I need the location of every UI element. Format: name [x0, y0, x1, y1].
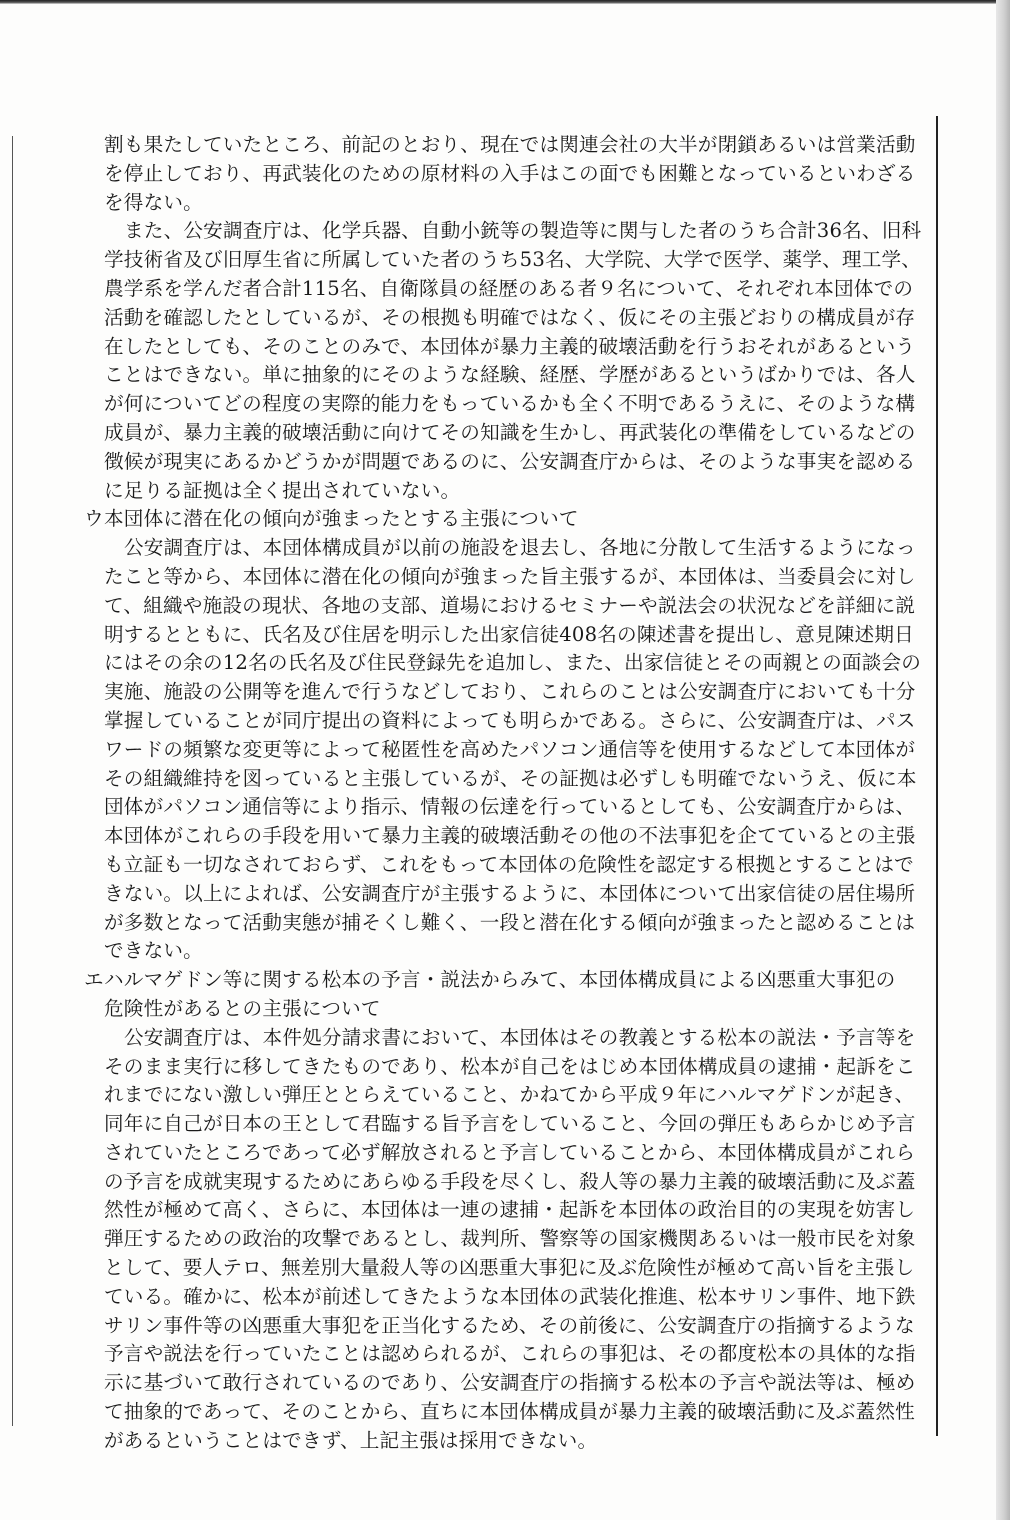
heading-text: ハルマゲドン等に関する松本の予言・説法からみて、本団体構成員による凶悪重大事犯の — [104, 968, 895, 991]
text-line: ことはできない。単に抽象的にそのような経験、経歴、学歴があるというばかりでは、各… — [104, 361, 932, 390]
text-line: 掌握していることが同庁提出の資料によっても明らかである。さらに、公安調査庁は、パ… — [104, 707, 932, 736]
text-line: て抽象的であって、そのことから、直ちに本団体構成員が暴力主義的破壊活動に及ぶ蓋然… — [104, 1398, 932, 1427]
paragraph-members-expertise: また、公安調査庁は、化学兵器、自動小銃等の製造等に関与した者のうち合計36名、旧… — [104, 217, 932, 505]
text-line: たこと等から、本団体に潜在化の傾向が強まった旨主張するが、本団体は、当委員会に対… — [104, 563, 932, 592]
left-margin-rule — [12, 136, 13, 1426]
text-line: できない。 — [104, 937, 932, 966]
heading-text: 本団体に潜在化の傾向が強まったとする主張について — [104, 507, 579, 530]
text-line: れまでにない激しい弾圧ととらえていること、かねてから平成９年にハルマゲドンが起き… — [104, 1081, 932, 1110]
text-line: サリン事件等の凶悪重大事犯を正当化するため、その前後に、公安調査庁の指摘するよう… — [104, 1312, 932, 1341]
text-line: 農学系を学んだ者合計115名、自衛隊員の経歴のある者９名について、それぞれ本団体… — [104, 275, 932, 304]
text-line: 公安調査庁は、本件処分請求書において、本団体はその教義とする松本の説法・予言等を — [104, 1024, 932, 1053]
text-line: 実施、施設の公開等を進んで行うなどしており、これらのことは公安調査庁においても十… — [104, 678, 932, 707]
text-line: 徴候が現実にあるかどうかが問題であるのに、公安調査庁からは、そのような事実を認め… — [104, 448, 932, 477]
text-line: 公安調査庁は、本団体構成員が以前の施設を退去し、各地に分散して生活するようになっ — [104, 534, 932, 563]
text-line: その組織維持を図っていると主張しているが、その証拠は必ずしも明確でないうえ、仮に… — [104, 765, 932, 794]
text-line: ワードの頻繁な変更等によって秘匿性を高めたパソコン通信等を使用するなどして本団体… — [104, 736, 932, 765]
text-line: を停止しており、再武装化のための原材料の入手はこの面でも困難となっているといわざ… — [104, 160, 932, 189]
section-marker: エ — [84, 966, 102, 995]
text-line: にはその余の12名の氏名及び住民登録先を追加し、また、出家信徒とその両親との面談… — [104, 649, 932, 678]
section-marker: ウ — [84, 505, 102, 534]
text-line: 然性が極めて高く、さらに、本団体は一連の逮捕・起訴を本団体の政治目的の実現を妨害… — [104, 1196, 932, 1225]
text-line: きない。以上によれば、公安調査庁が主張するように、本団体について出家信徒の居住場… — [104, 880, 932, 909]
text-line: も立証も一切なされておらず、これをもって本団体の危険性を認定する根拠とすることは… — [104, 851, 932, 880]
text-line: 団体がパソコン通信等により指示、情報の伝達を行っているとしても、公安調査庁からは… — [104, 793, 932, 822]
text-line: 本団体がこれらの手段を用いて暴力主義的破壊活動その他の不法事犯を企てているとの主… — [104, 822, 932, 851]
scan-edge-right — [996, 0, 1010, 1520]
paragraph-continuation: 割も果たしていたところ、前記のとおり、現在では関連会社の大半が閉鎖あるいは営業活… — [104, 131, 932, 217]
document-page: 割も果たしていたところ、前記のとおり、現在では関連会社の大半が閉鎖あるいは営業活… — [0, 4, 996, 1520]
right-margin-rule — [936, 116, 938, 1436]
text-line: 予言や説法を行っていたことは認められるが、これらの事犯は、その都度松本の具体的な… — [104, 1340, 932, 1369]
text-line: て、組織や施設の現状、各地の支部、道場におけるセミナーや説法会の状況などを詳細に… — [104, 592, 932, 621]
text-line: が多数となって活動実態が捕そくし難く、一段と潜在化する傾向が強まったと認めること… — [104, 909, 932, 938]
text-line: 弾圧するための政治的攻撃であるとし、裁判所、警察等の国家機関あるいは一般市民を対… — [104, 1225, 932, 1254]
section-heading-e: エ ハルマゲドン等に関する松本の予言・説法からみて、本団体構成員による凶悪重大事… — [104, 966, 932, 1024]
text-line: に足りる証拠は全く提出されていない。 — [104, 477, 932, 506]
text-line: 活動を確認したとしているが、その根拠も明確ではなく、仮にその主張どおりの構成員が… — [104, 304, 932, 333]
text-line: 同年に自己が日本の王として君臨する旨予言をしていること、今回の弾圧もあらかじめ予… — [104, 1110, 932, 1139]
heading-line: 危険性があるとの主張について — [104, 995, 932, 1024]
section-heading-u: ウ 本団体に潜在化の傾向が強まったとする主張について — [104, 505, 932, 534]
text-line: そのまま実行に移してきたものであり、松本が自己をはじめ本団体構成員の逮捕・起訴を… — [104, 1053, 932, 1082]
paragraph-prophecy-claim: 公安調査庁は、本件処分請求書において、本団体はその教義とする松本の説法・予言等を… — [104, 1024, 932, 1456]
text-line: の予言を成就実現するためにあらゆる手段を尽くし、殺人等の暴力主義的破壊活動に及ぶ… — [104, 1168, 932, 1197]
heading-line: エ ハルマゲドン等に関する松本の予言・説法からみて、本団体構成員による凶悪重大事… — [104, 966, 932, 995]
text-line: 割も果たしていたところ、前記のとおり、現在では関連会社の大半が閉鎖あるいは営業活… — [104, 131, 932, 160]
text-line: があるということはできず、上記主張は採用できない。 — [104, 1427, 932, 1456]
text-line: が何についてどの程度の実際的能力をもっているかも全く不明であるうえに、そのような… — [104, 390, 932, 419]
paragraph-latency-claim: 公安調査庁は、本団体構成員が以前の施設を退去し、各地に分散して生活するようになっ… — [104, 534, 932, 966]
text-line: を得ない。 — [104, 189, 932, 218]
text-line: ている。確かに、松本が前述してきたような本団体の武装化推進、松本サリン事件、地下… — [104, 1283, 932, 1312]
text-line: 学技術省及び旧厚生省に所属していた者のうち53名、大学院、大学で医学、薬学、理工… — [104, 246, 932, 275]
text-line: 示に基づいて敢行されているのであり、公安調査庁の指摘する松本の予言や説法等は、極… — [104, 1369, 932, 1398]
text-line: また、公安調査庁は、化学兵器、自動小銃等の製造等に関与した者のうち合計36名、旧… — [104, 217, 932, 246]
text-line: として、要人テロ、無差別大量殺人等の凶悪重大事犯に及ぶ危険性が極めて高い旨を主張… — [104, 1254, 932, 1283]
text-line: されていたところであって必ず解放されると予言していることから、本団体構成員がこれ… — [104, 1139, 932, 1168]
text-line: 明するとともに、氏名及び住居を明示した出家信徒408名の陳述書を提出し、意見陳述… — [104, 621, 932, 650]
document-body: 割も果たしていたところ、前記のとおり、現在では関連会社の大半が閉鎖あるいは営業活… — [104, 131, 932, 1456]
text-line: 成員が、暴力主義的破壊活動に向けてその知識を生かし、再武装化の準備をしているなど… — [104, 419, 932, 448]
text-line: 在したとしても、そのことのみで、本団体が暴力主義的破壊活動を行うおそれがあるとい… — [104, 333, 932, 362]
